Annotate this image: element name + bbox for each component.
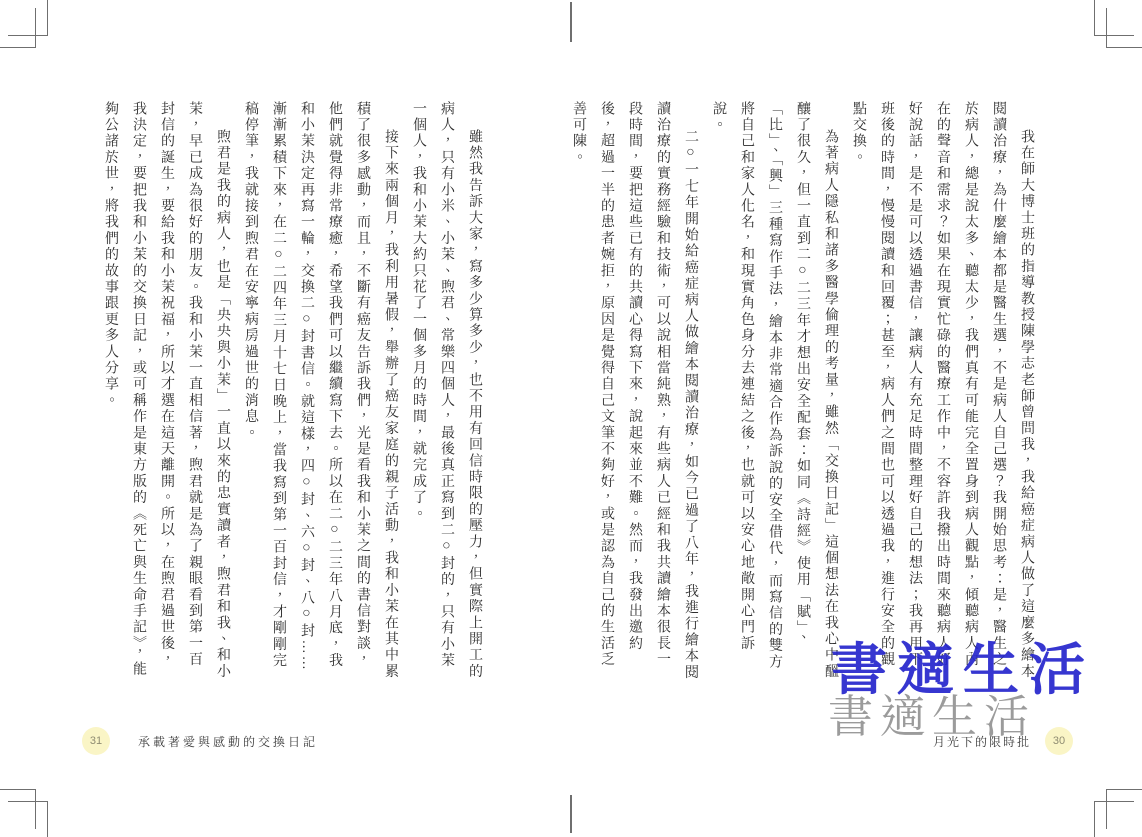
paragraph: 接下來兩個月，我利用暑假，舉辦了癌友家庭的親子活動，我和小茉在其中累積了很多感動… — [236, 101, 404, 681]
right-page-body-text: 我在師大博士班的指導教授陳學志老師曾問我，我給癌症病人做了這麼多繪本閱讀治療，為… — [652, 101, 1040, 681]
crop-mark-top-right — [1107, 47, 1142, 48]
crop-mark-top-left — [0, 47, 35, 48]
paragraph: 為著病人隱私和諸多醫學倫理的考量，雖然「交換日記」這個想法在我心中醞釀了很久，但… — [704, 101, 844, 681]
paragraph: 我在師大博士班的指導教授陳學志老師曾問我，我給癌症病人做了這麼多繪本閱讀治療，為… — [844, 101, 1040, 681]
paragraph: 煦君是我的病人，也是「央央與小茉」一直以來的忠實讀者，煦君和我、和小茉，早已成為… — [96, 101, 236, 681]
crop-mark-bottom-right — [1094, 802, 1095, 837]
page-number-badge: 31 — [82, 727, 110, 755]
crop-mark-top-left — [35, 8, 36, 48]
chapter-title: 承載著愛與感動的交換日記 — [138, 733, 318, 750]
crop-mark-top-right — [1094, 0, 1095, 35]
crop-mark-top-left — [8, 35, 48, 36]
fold-mark-bottom-center — [570, 795, 572, 833]
crop-mark-bottom-right — [1094, 801, 1134, 802]
page-number: 31 — [90, 735, 102, 747]
crop-mark-top-left — [47, 0, 48, 35]
crop-mark-bottom-right — [1106, 789, 1107, 829]
fold-mark-top-center — [570, 2, 572, 42]
left-page-footer: 31 承載著愛與感動的交換日記 — [82, 727, 318, 755]
crop-mark-top-right — [1106, 8, 1107, 48]
watermark-primary: 書適生活 — [831, 626, 1095, 706]
crop-mark-bottom-left — [8, 801, 48, 802]
crop-mark-bottom-right — [1107, 789, 1142, 790]
crop-mark-top-right — [1094, 35, 1134, 36]
paragraph: 二○一七年開始給癌症病人做繪本閱讀治療，如今已過了八年，我進行繪本閱讀治療的實務… — [564, 101, 704, 681]
crop-mark-bottom-left — [47, 802, 48, 837]
crop-mark-bottom-left — [0, 789, 35, 790]
book-spread: 我在師大博士班的指導教授陳學志老師曾問我，我給癌症病人做了這麼多繪本閱讀治療，為… — [0, 0, 1142, 837]
crop-mark-bottom-left — [35, 789, 36, 829]
page-number: 30 — [1053, 735, 1065, 747]
page-number-badge: 30 — [1045, 727, 1073, 755]
paragraph: 雖然我告訴大家，寫多少算多少，也不用有回信時限的壓力，但實際上開工的病人，只有小… — [404, 101, 488, 681]
left-page-body-text: 雖然我告訴大家，寫多少算多少，也不用有回信時限的壓力，但實際上開工的病人，只有小… — [95, 101, 488, 681]
